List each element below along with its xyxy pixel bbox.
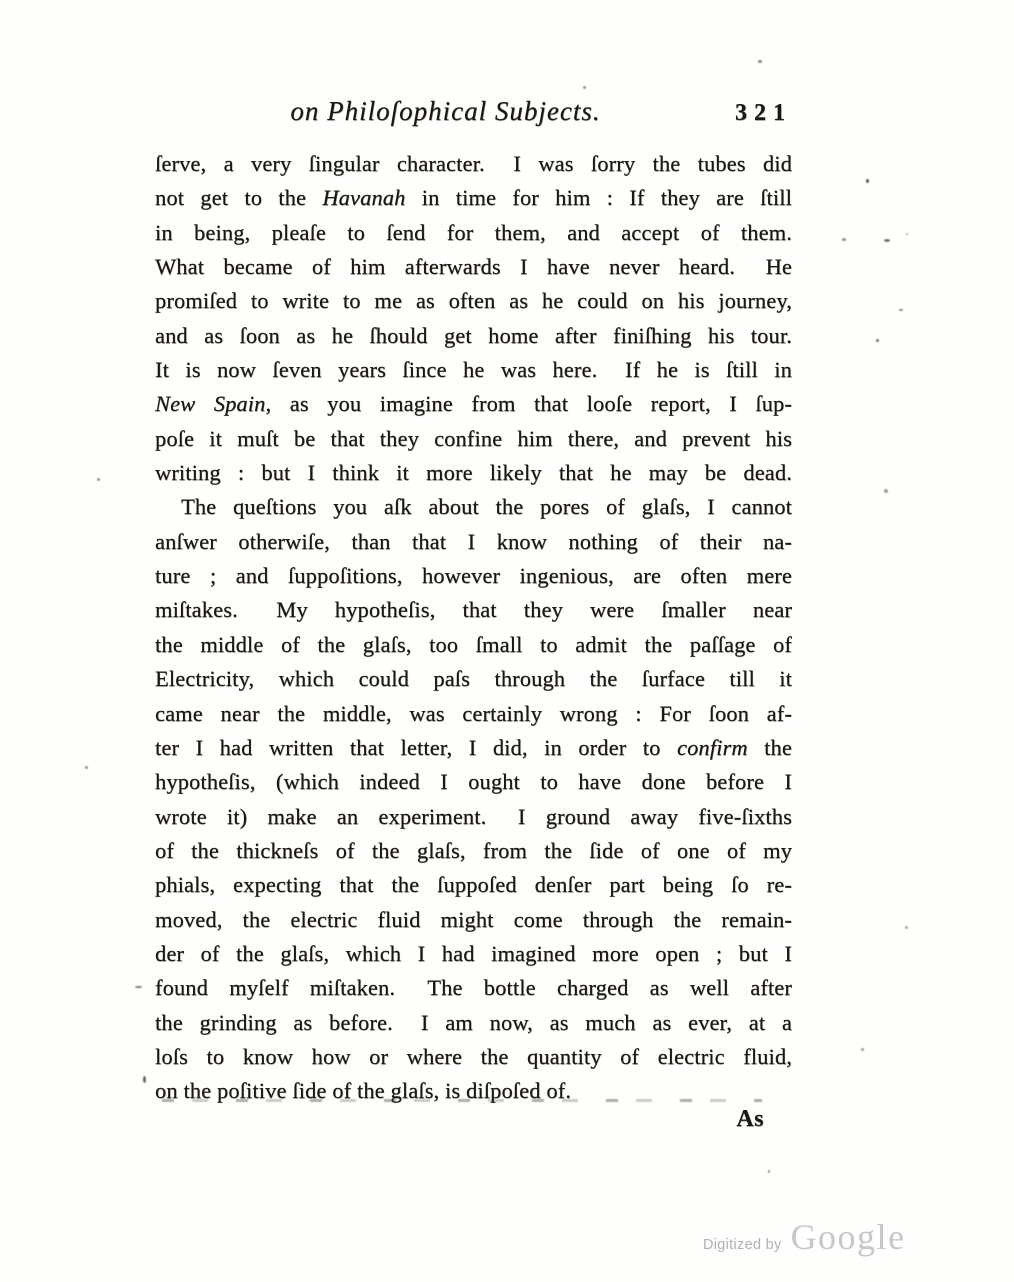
scan-speck xyxy=(758,60,762,63)
text-line: phials, expecting that the ſuppoſed denſ… xyxy=(155,868,792,902)
text-line: on the poſitive ſide of the glaſs, is di… xyxy=(155,1074,792,1108)
text-segment: Electricity, which could paſs through th… xyxy=(155,666,792,691)
text-line: of the thickneſs of the glaſs, from the … xyxy=(155,834,792,868)
text-segment: poſe it muſt be that they confine him th… xyxy=(155,426,792,451)
scan-speck xyxy=(583,86,586,89)
text-line: ſerve, a very ſingular character. I was … xyxy=(155,147,792,181)
italic-text-segment: Havanah xyxy=(322,185,405,210)
text-segment: phials, expecting that the ſuppoſed denſ… xyxy=(155,872,792,897)
scan-speck xyxy=(905,926,908,929)
text-segment: and as ſoon as he ſhould get home after … xyxy=(155,323,792,348)
text-line: der of the glaſs, which I had imagined m… xyxy=(155,937,792,971)
text-line: anſwer otherwiſe, than that I know nothi… xyxy=(155,525,792,559)
scan-speck xyxy=(906,233,908,235)
italic-text-segment: New Spain xyxy=(155,391,266,416)
text-line: found myſelf miſtaken. The bottle charge… xyxy=(155,971,792,1005)
text-segment: wrote it) make an experiment. I ground a… xyxy=(155,804,792,829)
catchword: As xyxy=(155,1106,778,1133)
text-line: loſs to know how or where the quantity o… xyxy=(155,1040,792,1074)
text-line: What became of him afterwards I have nev… xyxy=(155,250,792,284)
text-segment: der of the glaſs, which I had imagined m… xyxy=(155,941,792,966)
text-line: It is now ſeven years ſince he was here.… xyxy=(155,353,792,387)
body-text: ſerve, a very ſingular character. I was … xyxy=(155,147,792,1109)
italic-text-segment: confirm xyxy=(677,735,748,760)
text-line: moved, the electric fluid might come thr… xyxy=(155,903,792,937)
scan-speck xyxy=(143,1076,146,1083)
text-line: not get to the Havanah in time for him :… xyxy=(155,181,792,215)
text-segment: found myſelf miſtaken. The bottle charge… xyxy=(155,975,792,1000)
text-segment: of the thickneſs of the glaſs, from the … xyxy=(155,838,792,863)
text-segment: What became of him afterwards I have nev… xyxy=(155,254,792,279)
text-line: Electricity, which could paſs through th… xyxy=(155,662,792,696)
text-line: the grinding as before. I am now, as muc… xyxy=(155,1006,792,1040)
text-line: poſe it muſt be that they confine him th… xyxy=(155,422,792,456)
text-segment: ſerve, a very ſingular character. I was … xyxy=(155,151,792,176)
digitized-by-google-watermark: Digitized by Google xyxy=(703,1216,906,1258)
text-line: ter I had written that letter, I did, in… xyxy=(155,731,792,765)
text-segment: the grinding as before. I am now, as muc… xyxy=(155,1010,792,1035)
scan-speck xyxy=(842,238,846,241)
text-segment: hypotheſis, (which indeed I ought to hav… xyxy=(155,769,792,794)
text-line: The queſtions you aſk about the pores of… xyxy=(155,490,792,524)
text-line: in being, pleaſe to ſend for them, and a… xyxy=(155,216,792,250)
text-segment: not get to the xyxy=(155,185,322,210)
scan-speck xyxy=(85,766,88,769)
text-line: New Spain, as you imagine from that looſ… xyxy=(155,387,792,421)
text-segment: , as you imagine from that looſe report,… xyxy=(266,391,793,416)
text-line: writing : but I think it more likely tha… xyxy=(155,456,792,490)
text-line: miſtakes. My hypotheſis, that they were … xyxy=(155,593,792,627)
scan-speck xyxy=(884,489,888,493)
google-logo: Google xyxy=(791,1216,906,1258)
text-line: the middle of the glaſs, too ſmall to ad… xyxy=(155,628,792,662)
scan-speck xyxy=(884,239,890,242)
text-line: wrote it) make an experiment. I ground a… xyxy=(155,800,792,834)
text-segment: anſwer otherwiſe, than that I know nothi… xyxy=(155,529,792,554)
text-line: hypotheſis, (which indeed I ought to hav… xyxy=(155,765,792,799)
scan-speck xyxy=(861,1048,864,1051)
scan-speck xyxy=(866,179,869,183)
text-segment: It is now ſeven years ſince he was here.… xyxy=(155,357,792,382)
text-segment: The queſtions you aſk about the pores of… xyxy=(181,494,792,519)
text-segment: moved, the electric fluid might come thr… xyxy=(155,907,792,932)
text-line: ture ; and ſuppoſitions, however ingenio… xyxy=(155,559,792,593)
text-segment: ter I had written that letter, I did, in… xyxy=(155,735,677,760)
scanned-book-page: on Philoſophical Subjects. 321 ſerve, a … xyxy=(0,0,1014,1282)
watermark-prefix-label: Digitized by xyxy=(703,1237,782,1253)
running-title: on Philoſophical Subjects. xyxy=(290,96,600,127)
text-segment: writing : but I think it more likely tha… xyxy=(155,460,792,485)
page-number: 321 xyxy=(735,100,792,127)
text-line: came near the middle, was certainly wron… xyxy=(155,697,792,731)
cropped-line-artifact xyxy=(162,1099,762,1102)
page-header: on Philoſophical Subjects. 321 xyxy=(155,96,792,140)
text-segment: in being, pleaſe to ſend for them, and a… xyxy=(155,220,792,245)
text-segment: the xyxy=(748,735,792,760)
text-segment: promiſed to write to me as often as he c… xyxy=(155,288,792,313)
text-segment: came near the middle, was certainly wron… xyxy=(155,701,792,726)
text-segment: the middle of the glaſs, too ſmall to ad… xyxy=(155,632,792,657)
scan-speck xyxy=(768,1170,770,1173)
scan-speck xyxy=(97,478,100,481)
text-line: promiſed to write to me as often as he c… xyxy=(155,284,792,318)
scan-speck xyxy=(876,339,879,342)
scan-speck xyxy=(899,309,903,311)
text-line: and as ſoon as he ſhould get home after … xyxy=(155,319,792,353)
text-segment: miſtakes. My hypotheſis, that they were … xyxy=(155,597,792,622)
text-segment: in time for him : If they are ſtill xyxy=(406,185,793,210)
text-segment: loſs to know how or where the quantity o… xyxy=(155,1044,792,1069)
scan-speck xyxy=(135,986,142,988)
text-segment: ture ; and ſuppoſitions, however ingenio… xyxy=(155,563,792,588)
